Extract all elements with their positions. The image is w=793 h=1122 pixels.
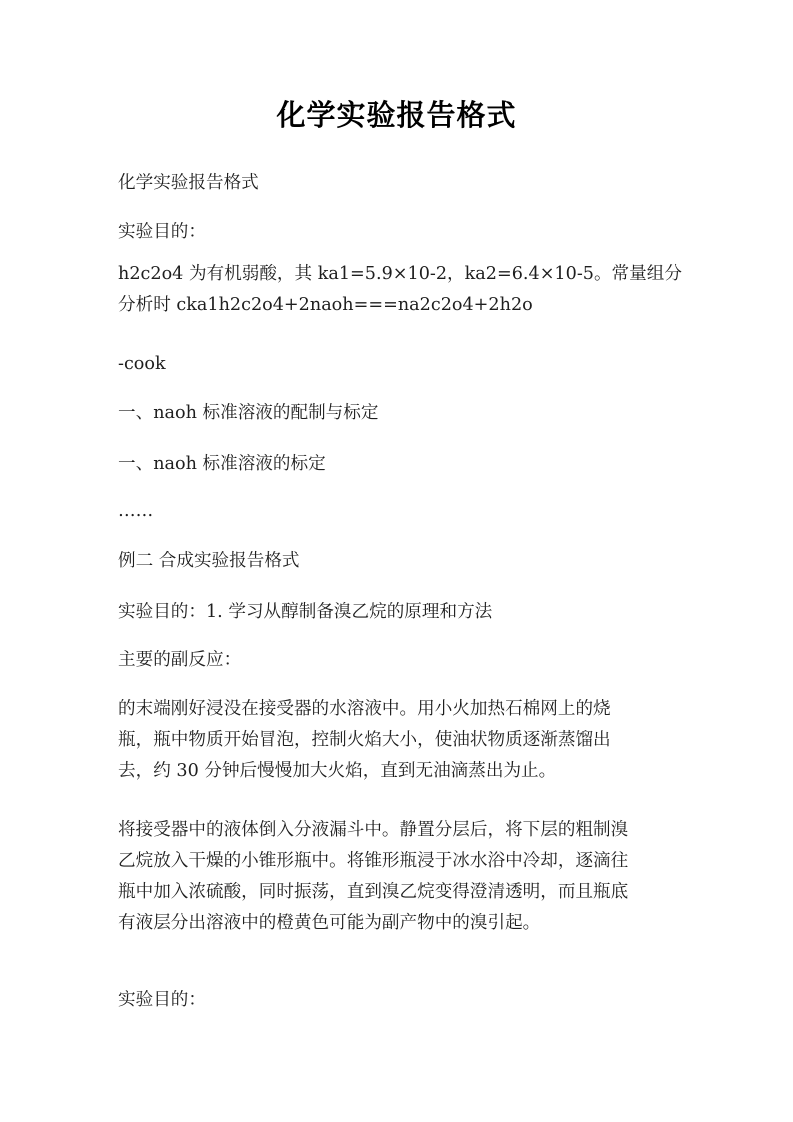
document-title: 化学实验报告格式 xyxy=(0,95,793,135)
text-line: 瓶中加入浓硫酸，同时振荡，直到溴乙烷变得澄清透明，而且瓶底 xyxy=(118,877,690,908)
text-line: 实验目的： xyxy=(118,985,690,1016)
text-line: …… xyxy=(118,496,690,527)
text-line: 的末端刚好浸没在接受器的水溶液中。用小火加热石棉网上的烧 xyxy=(118,694,690,725)
text-line: 一、naoh 标准溶液的配制与标定 xyxy=(118,398,690,429)
paragraph-naoh-prep: 一、naoh 标准溶液的配制与标定 xyxy=(118,398,690,429)
text-line: 例二 合成实验报告格式 xyxy=(118,546,690,577)
paragraph-naoh-calibration: 一、naoh 标准溶液的标定 xyxy=(118,449,690,480)
text-line: 将接受器中的液体倒入分液漏斗中。静置分层后，将下层的粗制溴 xyxy=(118,815,690,846)
paragraph-subtitle: 化学实验报告格式 xyxy=(118,168,690,199)
paragraph-purpose-heading-2: 实验目的： xyxy=(118,985,690,1016)
paragraph-ellipsis: …… xyxy=(118,496,690,527)
text-line: 主要的副反应： xyxy=(118,645,690,676)
paragraph-separation: 将接受器中的液体倒入分液漏斗中。静置分层后，将下层的粗制溴 乙烷放入干燥的小锥形… xyxy=(118,815,690,939)
text-line: 瓶，瓶中物质开始冒泡，控制火焰大小，使油状物质逐渐蒸馏出 xyxy=(118,725,690,756)
text-line: h2c2o4 为有机弱酸，其 ka1=5.9×10-2，ka2=6.4×10-5… xyxy=(118,259,690,290)
document-page: 化学实验报告格式 化学实验报告格式 实验目的： h2c2o4 为有机弱酸，其 k… xyxy=(0,0,793,1122)
text-line: -cook xyxy=(118,349,690,380)
text-line: 去，约 30 分钟后慢慢加大火焰，直到无油滴蒸出为止。 xyxy=(118,756,690,787)
text-line: 乙烷放入干燥的小锥形瓶中。将锥形瓶浸于冰水浴中冷却，逐滴往 xyxy=(118,846,690,877)
paragraph-cook: -cook xyxy=(118,349,690,380)
paragraph-oxalic-acid: h2c2o4 为有机弱酸，其 ka1=5.9×10-2，ka2=6.4×10-5… xyxy=(118,259,690,321)
paragraph-purpose-bromoethane: 实验目的：1. 学习从醇制备溴乙烷的原理和方法 xyxy=(118,597,690,628)
text-line: 实验目的： xyxy=(118,217,690,248)
text-line: 分析时 cka1h2c2o4+2naoh===na2c2o4+2h2o xyxy=(118,290,690,321)
paragraph-purpose-heading: 实验目的： xyxy=(118,217,690,248)
text-line: 有液层分出溶液中的橙黄色可能为副产物中的溴引起。 xyxy=(118,908,690,939)
paragraph-side-reactions: 主要的副反应： xyxy=(118,645,690,676)
text-line: 一、naoh 标准溶液的标定 xyxy=(118,449,690,480)
text-line: 实验目的：1. 学习从醇制备溴乙烷的原理和方法 xyxy=(118,597,690,628)
paragraph-example-two: 例二 合成实验报告格式 xyxy=(118,546,690,577)
text-line: 化学实验报告格式 xyxy=(118,168,690,199)
paragraph-distillation: 的末端刚好浸没在接受器的水溶液中。用小火加热石棉网上的烧 瓶，瓶中物质开始冒泡，… xyxy=(118,694,690,787)
